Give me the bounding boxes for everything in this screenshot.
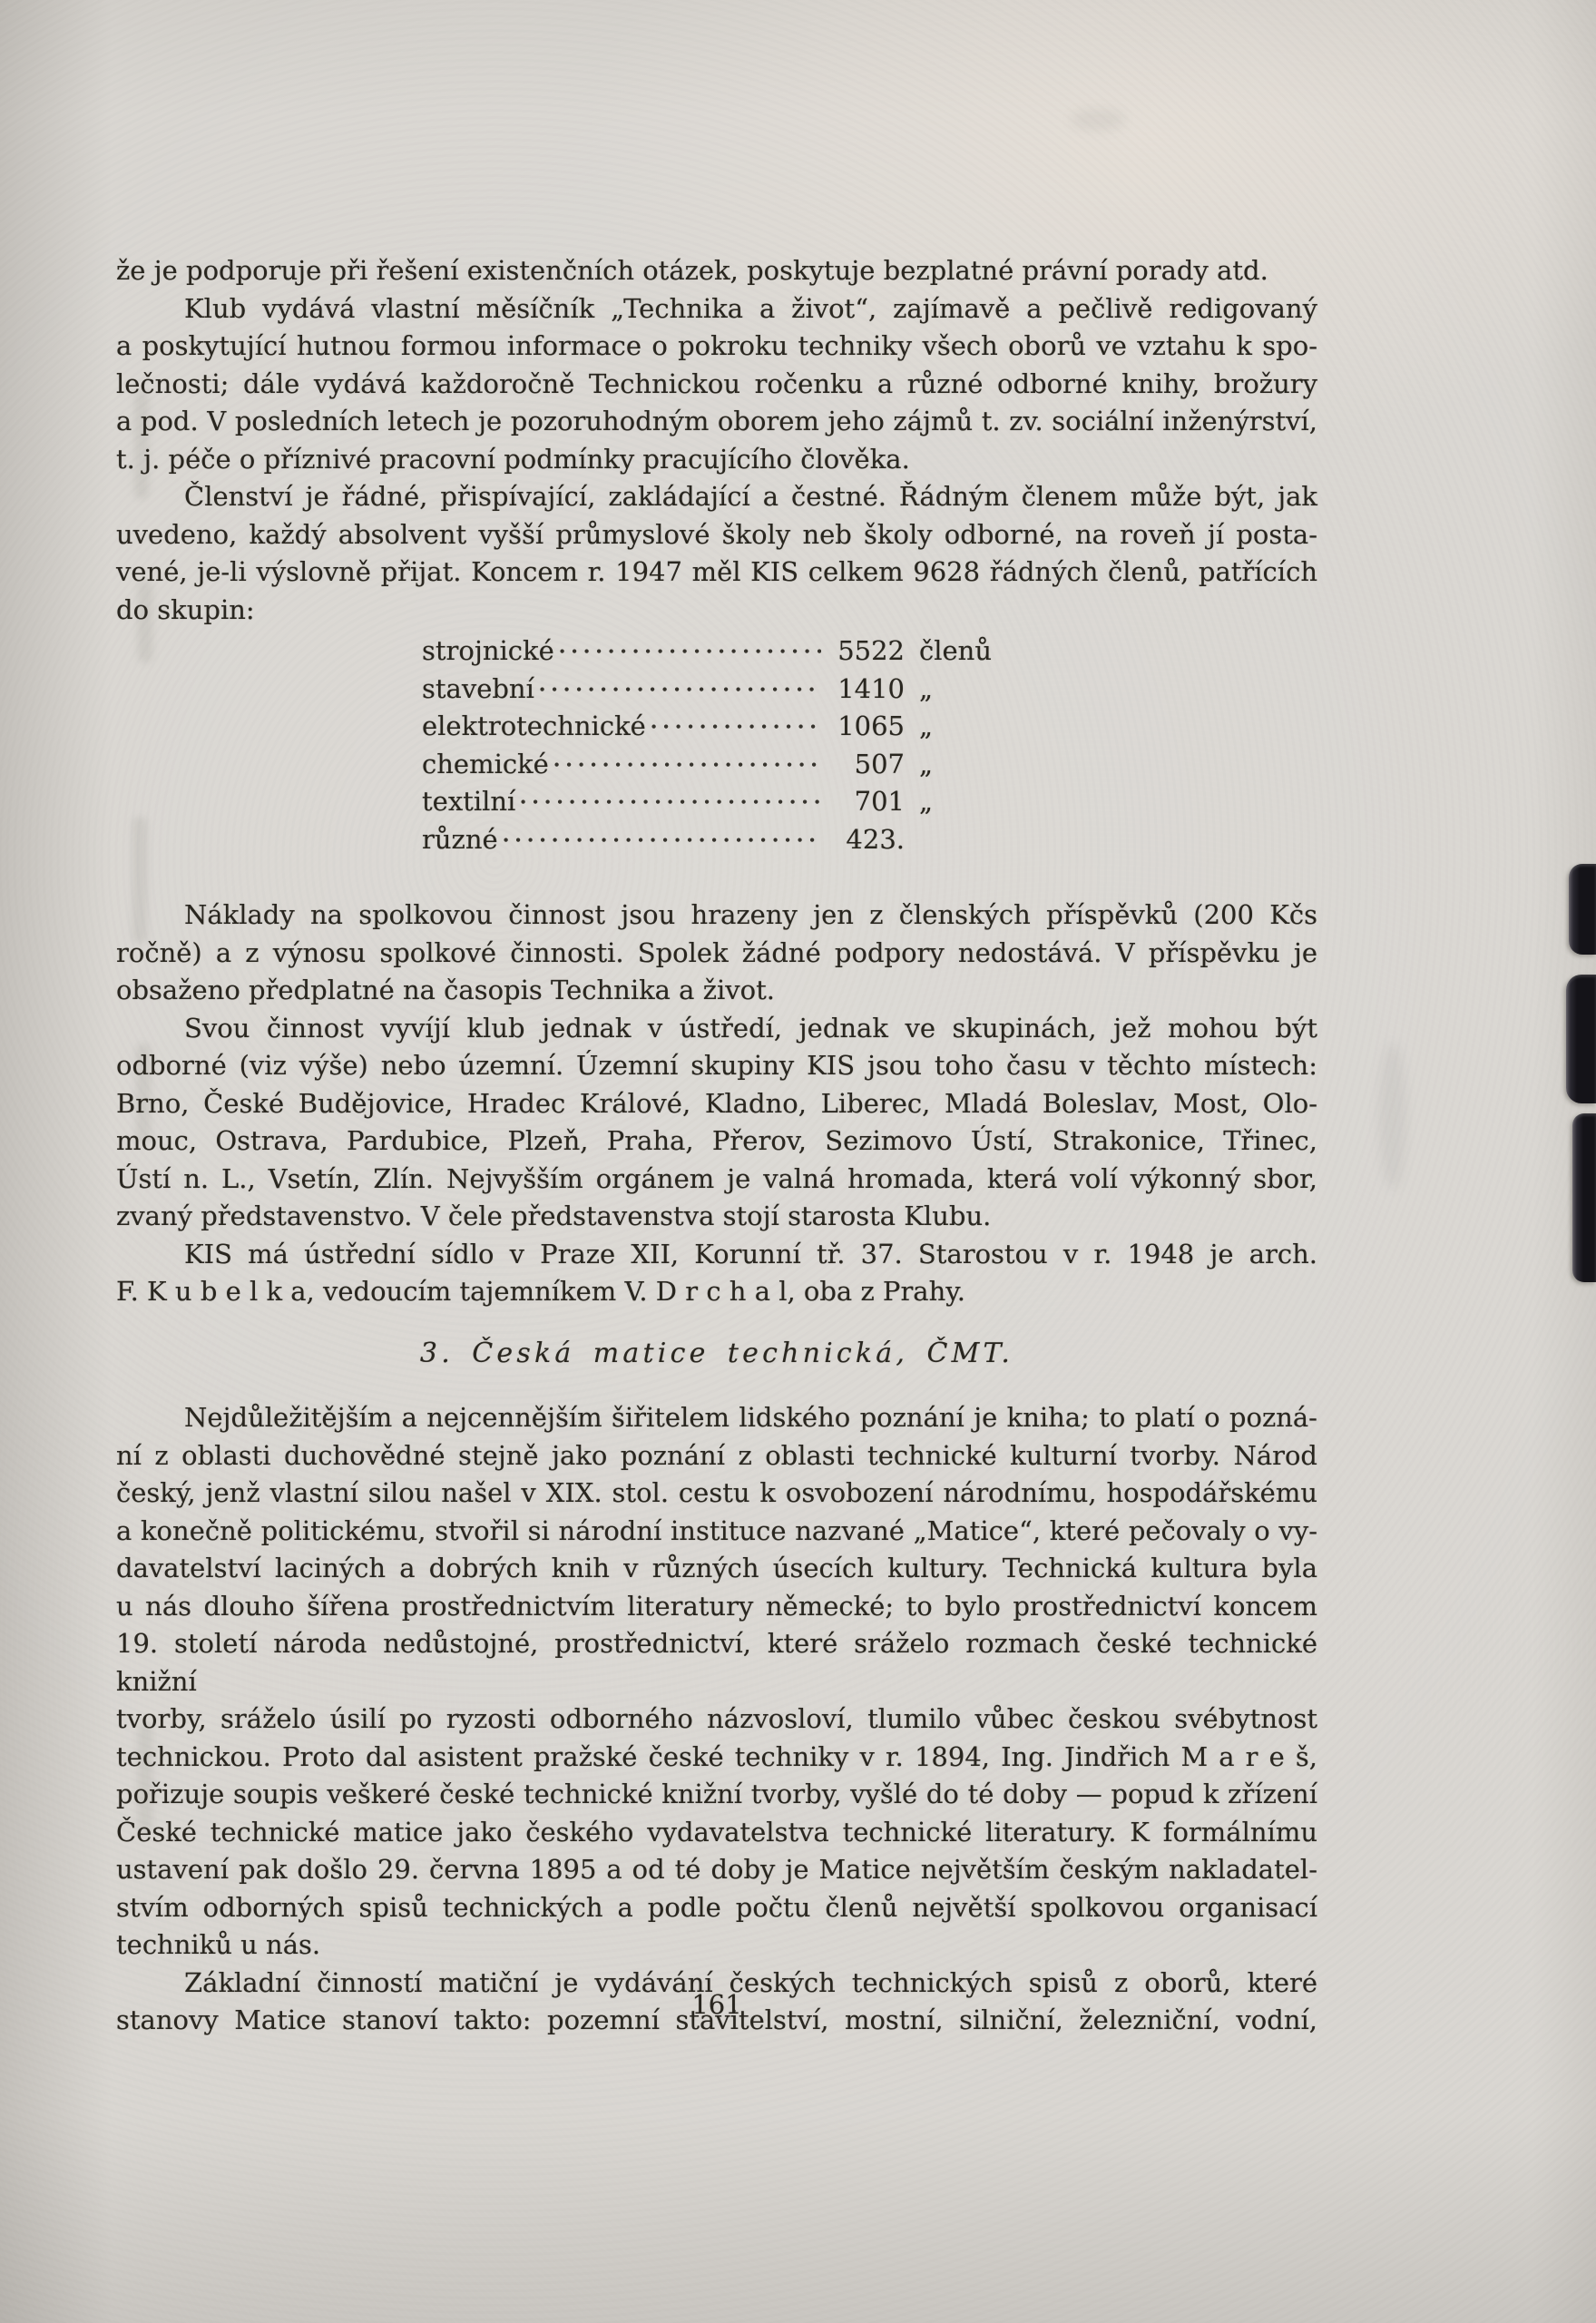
text-line: Ústí n. L., Vsetín, Zlín. Nejvyšším orgá… — [116, 1161, 1317, 1199]
membership-row: stavební1410„ — [422, 671, 1010, 709]
category-label: strojnické — [422, 632, 554, 671]
text-line: zvaný představenstvo. V čele představens… — [116, 1198, 1317, 1236]
membership-row: různé423. — [422, 821, 1010, 859]
paper-smudge — [1071, 109, 1125, 131]
paragraph: že je podporuje při řešení existenčních … — [116, 252, 1317, 290]
text-line: Brno, České Budějovice, Hradec Králové, … — [116, 1085, 1317, 1123]
paragraph: Náklady na spolkovou činnost jsou hrazen… — [116, 897, 1317, 1010]
section-heading: 3. Česká matice technická, ČMT. — [116, 1335, 1317, 1373]
category-label: různé — [422, 821, 498, 859]
text-line: a poskytující hutnou formou informace o … — [116, 328, 1317, 366]
count-unit: „ — [905, 708, 1010, 746]
page-edge-dark-object — [1572, 1113, 1596, 1282]
text-line: Nejdůležitějším a nejcennějším šiřitelem… — [116, 1399, 1317, 1437]
text-line: lečnosti; dále vydává každoročně Technic… — [116, 366, 1317, 404]
membership-row: chemické507„ — [422, 746, 1010, 784]
text-line: davatelství laciných a dobrých knih v rů… — [116, 1550, 1317, 1588]
text-line: tvorby, sráželo úsilí po ryzosti odborné… — [116, 1701, 1317, 1739]
text-column: že je podporuje při řešení existenčních … — [116, 252, 1317, 2040]
text-line: do skupin: — [116, 592, 1317, 630]
text-line: Náklady na spolkovou činnost jsou hrazen… — [116, 897, 1317, 935]
text-line: Klub vydává vlastní měsíčník „Technika a… — [116, 290, 1317, 328]
text-line: pořizuje soupis veškeré české technické … — [116, 1776, 1317, 1814]
text-line: uvedeno, každý absolvent vyšší průmyslov… — [116, 516, 1317, 554]
text-line: mouc, Ostrava, Pardubice, Plzeň, Praha, … — [116, 1122, 1317, 1161]
category-label: textilní — [422, 783, 515, 821]
paragraph: Klub vydává vlastní měsíčník „Technika a… — [116, 290, 1317, 479]
text-line: vené, je-li výslovně přijat. Koncem r. 1… — [116, 554, 1317, 592]
page-number: 161 — [116, 1989, 1317, 2020]
member-count: 5522 — [827, 632, 905, 671]
paragraph: KIS má ústřední sídlo v Praze XII, Korun… — [116, 1236, 1317, 1311]
paper-smudge — [1379, 1044, 1406, 1189]
member-count: 701 — [827, 783, 905, 821]
text-line: techniků u nás. — [116, 1926, 1317, 1965]
count-unit: „ — [905, 746, 1010, 784]
paragraph: Členství je řádné, přispívající, zakláda… — [116, 478, 1317, 629]
text-line: obsaženo předplatné na časopis Technika … — [116, 972, 1317, 1010]
paragraph: Svou činnost vyvíjí klub jednak v ústřed… — [116, 1010, 1317, 1236]
page-edge-dark-object — [1566, 975, 1596, 1103]
text-line: odborné (viz výše) nebo územní. Územní s… — [116, 1047, 1317, 1085]
text-line: F. K u b e l k a, vedoucím tajemníkem V.… — [116, 1273, 1317, 1311]
text-line: ročně) a z výnosu spolkové činnosti. Spo… — [116, 935, 1317, 973]
membership-list: strojnické5522členůstavební1410„elektrot… — [422, 632, 1010, 858]
text-line: a pod. V posledních letech je pozoruhodn… — [116, 403, 1317, 441]
category-label: stavební — [422, 671, 534, 709]
count-unit: členů — [905, 632, 1010, 671]
count-unit: „ — [905, 783, 1010, 821]
text-line: stvím odborných spisů technických a podl… — [116, 1889, 1317, 1927]
text-line: Svou činnost vyvíjí klub jednak v ústřed… — [116, 1010, 1317, 1048]
member-count: 1065 — [827, 708, 905, 746]
text-line: KIS má ústřední sídlo v Praze XII, Korun… — [116, 1236, 1317, 1274]
text-line: 19. století národa nedůstojné, prostředn… — [116, 1625, 1317, 1701]
text-line: ní z oblasti duchovědné stejně jako pozn… — [116, 1437, 1317, 1475]
page-edge-dark-object — [1569, 864, 1596, 955]
text-line: Členství je řádné, přispívající, zakláda… — [116, 478, 1317, 516]
text-line: u nás dlouho šířena prostřednictvím lite… — [116, 1588, 1317, 1626]
text-line: český, jenž vlastní silou našel v XIX. s… — [116, 1475, 1317, 1513]
category-label: elektrotechnické — [422, 708, 646, 746]
scanned-book-page: { "colors": { "paper": "#d9d6d1", "ink":… — [0, 0, 1596, 2323]
text-line: technickou. Proto dal asistent pražské č… — [116, 1739, 1317, 1777]
category-label: chemické — [422, 746, 549, 784]
member-count: 1410 — [827, 671, 905, 709]
text-line: t. j. péče o příznivé pracovní podmínky … — [116, 441, 1317, 479]
membership-row: strojnické5522členů — [422, 632, 1010, 671]
membership-row: textilní701„ — [422, 783, 1010, 821]
member-count: 423. — [827, 821, 905, 859]
member-count: 507 — [827, 746, 905, 784]
membership-row: elektrotechnické1065„ — [422, 708, 1010, 746]
paragraph: Nejdůležitějším a nejcennějším šiřitelem… — [116, 1399, 1317, 1965]
count-unit: „ — [905, 671, 1010, 709]
text-line: že je podporuje při řešení existenčních … — [116, 252, 1317, 290]
text-line: a konečně politickému, stvořil si národn… — [116, 1513, 1317, 1551]
text-line: České technické matice jako českého vyda… — [116, 1814, 1317, 1852]
text-line: ustavení pak došlo 29. června 1895 a od … — [116, 1851, 1317, 1889]
